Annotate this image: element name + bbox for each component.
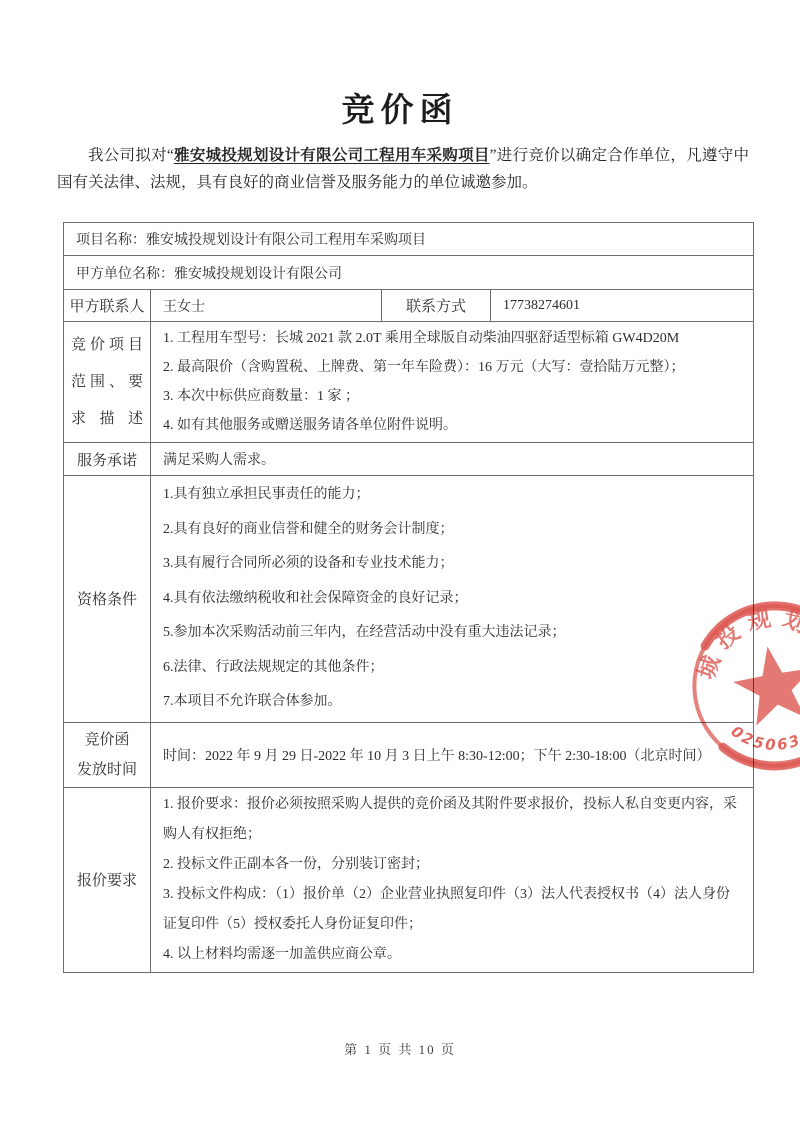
service-promise-label: 服务承诺 [64, 443, 151, 476]
quote-requirement-item: 4. 以上材料均需逐一加盖供应商公章。 [163, 940, 743, 970]
table-row: 资格条件 1.具有独立承担民事责任的能力； 2.具有良好的商业信誉和健全的财务会… [64, 476, 754, 723]
party-a-name-cell: 甲方单位名称：雅安城投规划设计有限公司 [64, 256, 754, 290]
quote-requirement-item: 3. 投标文件构成：（1）报价单（2）企业营业执照复印件（3）法人代表授权书（4… [163, 880, 743, 940]
contact-phone-value: 17738274601 [491, 290, 754, 322]
issue-time-label-line1: 竞价函 [69, 725, 145, 755]
contact-person-value: 王女士 [151, 290, 382, 322]
issue-time-label: 竞价函 发放时间 [64, 722, 151, 787]
table-row: 甲方联系人 王女士 联系方式 17738274601 [64, 290, 754, 322]
table-row: 甲方单位名称：雅安城投规划设计有限公司 [64, 256, 754, 290]
table-row: 项目名称：雅安城投规划设计有限公司工程用车采购项目 [64, 223, 754, 256]
table-row: 报价要求 1. 报价要求：报价必须按照采购人提供的竞价函及其附件要求报价，投标人… [64, 787, 754, 972]
quote-requirements-label: 报价要求 [64, 787, 151, 972]
page-number-footer: 第 1 页 共 10 页 [0, 1039, 800, 1058]
project-name-cell: 项目名称：雅安城投规划设计有限公司工程用车采购项目 [64, 223, 754, 256]
qualification-item: 2.具有良好的商业信誉和健全的财务会计制度； [163, 513, 743, 548]
issue-time-value: 时间：2022 年 9 月 29 日-2022 年 10 月 3 日上午 8:3… [151, 722, 754, 787]
quote-requirement-item: 2. 投标文件正副本各一份，分别装订密封； [163, 850, 743, 880]
service-promise-value: 满足采购人需求。 [151, 443, 754, 476]
qualification-item: 4.具有依法缴纳税收和社会保障资金的良好记录； [163, 582, 743, 617]
qualification-label: 资格条件 [64, 476, 151, 723]
scope-items-cell: 1. 工程用车型号：长城 2021 款 2.0T 乘用全球版自动柴油四驱舒适型标… [151, 322, 754, 443]
table-row: 服务承诺 满足采购人需求。 [64, 443, 754, 476]
quote-requirement-item: 1. 报价要求：报价必须按照采购人提供的竞价函及其附件要求报价，投标人私自变更内… [163, 790, 743, 850]
qualification-item: 7.本项目不允许联合体参加。 [163, 685, 743, 720]
scope-item: 2. 最高限价（含购置税、上牌费、第一年车险费）：16 万元（大写：壹拾陆万元整… [163, 353, 743, 382]
table-row: 竞价项目范围、要求描述 1. 工程用车型号：长城 2021 款 2.0T 乘用全… [64, 322, 754, 443]
scope-item: 3. 本次中标供应商数量：1 家 ； [163, 382, 743, 411]
table-row: 竞价函 发放时间 时间：2022 年 9 月 29 日-2022 年 10 月 … [64, 722, 754, 787]
quote-requirements-items-cell: 1. 报价要求：报价必须按照采购人提供的竞价函及其附件要求报价，投标人私自变更内… [151, 787, 754, 972]
qualification-item: 5.参加本次采购活动前三年内，在经营活动中没有重大违法记录； [163, 616, 743, 651]
issue-time-label-line2: 发放时间 [69, 755, 145, 785]
scope-item: 4. 如有其他服务或赠送服务请各单位附件说明。 [163, 411, 743, 440]
contact-method-label: 联系方式 [382, 290, 491, 322]
intro-text-before: 我公司拟对“ [88, 147, 174, 164]
doc-title: 竞价函 [0, 84, 800, 131]
qualification-item: 3.具有履行合同所必须的设备和专业技术能力； [163, 547, 743, 582]
qualification-items-cell: 1.具有独立承担民事责任的能力； 2.具有良好的商业信誉和健全的财务会计制度； … [151, 476, 754, 723]
scanned-document-page: 竞价函 我公司拟对“雅安城投规划设计有限公司工程用车采购项目”进行竞价以确定合作… [0, 0, 800, 1131]
qualification-item: 1.具有独立承担民事责任的能力； [163, 478, 743, 513]
contact-person-label: 甲方联系人 [64, 290, 151, 322]
intro-paragraph: 我公司拟对“雅安城投规划设计有限公司工程用车采购项目”进行竞价以确定合作单位，凡… [57, 142, 749, 196]
project-name-underlined: 雅安城投规划设计有限公司工程用车采购项目 [174, 147, 490, 164]
scope-label: 竞价项目范围、要求描述 [64, 322, 151, 443]
qualification-item: 6.法律、行政法规规定的其他条件； [163, 651, 743, 686]
bid-info-table: 项目名称：雅安城投规划设计有限公司工程用车采购项目 甲方单位名称：雅安城投规划设… [63, 222, 754, 973]
scope-item: 1. 工程用车型号：长城 2021 款 2.0T 乘用全球版自动柴油四驱舒适型标… [163, 324, 743, 353]
